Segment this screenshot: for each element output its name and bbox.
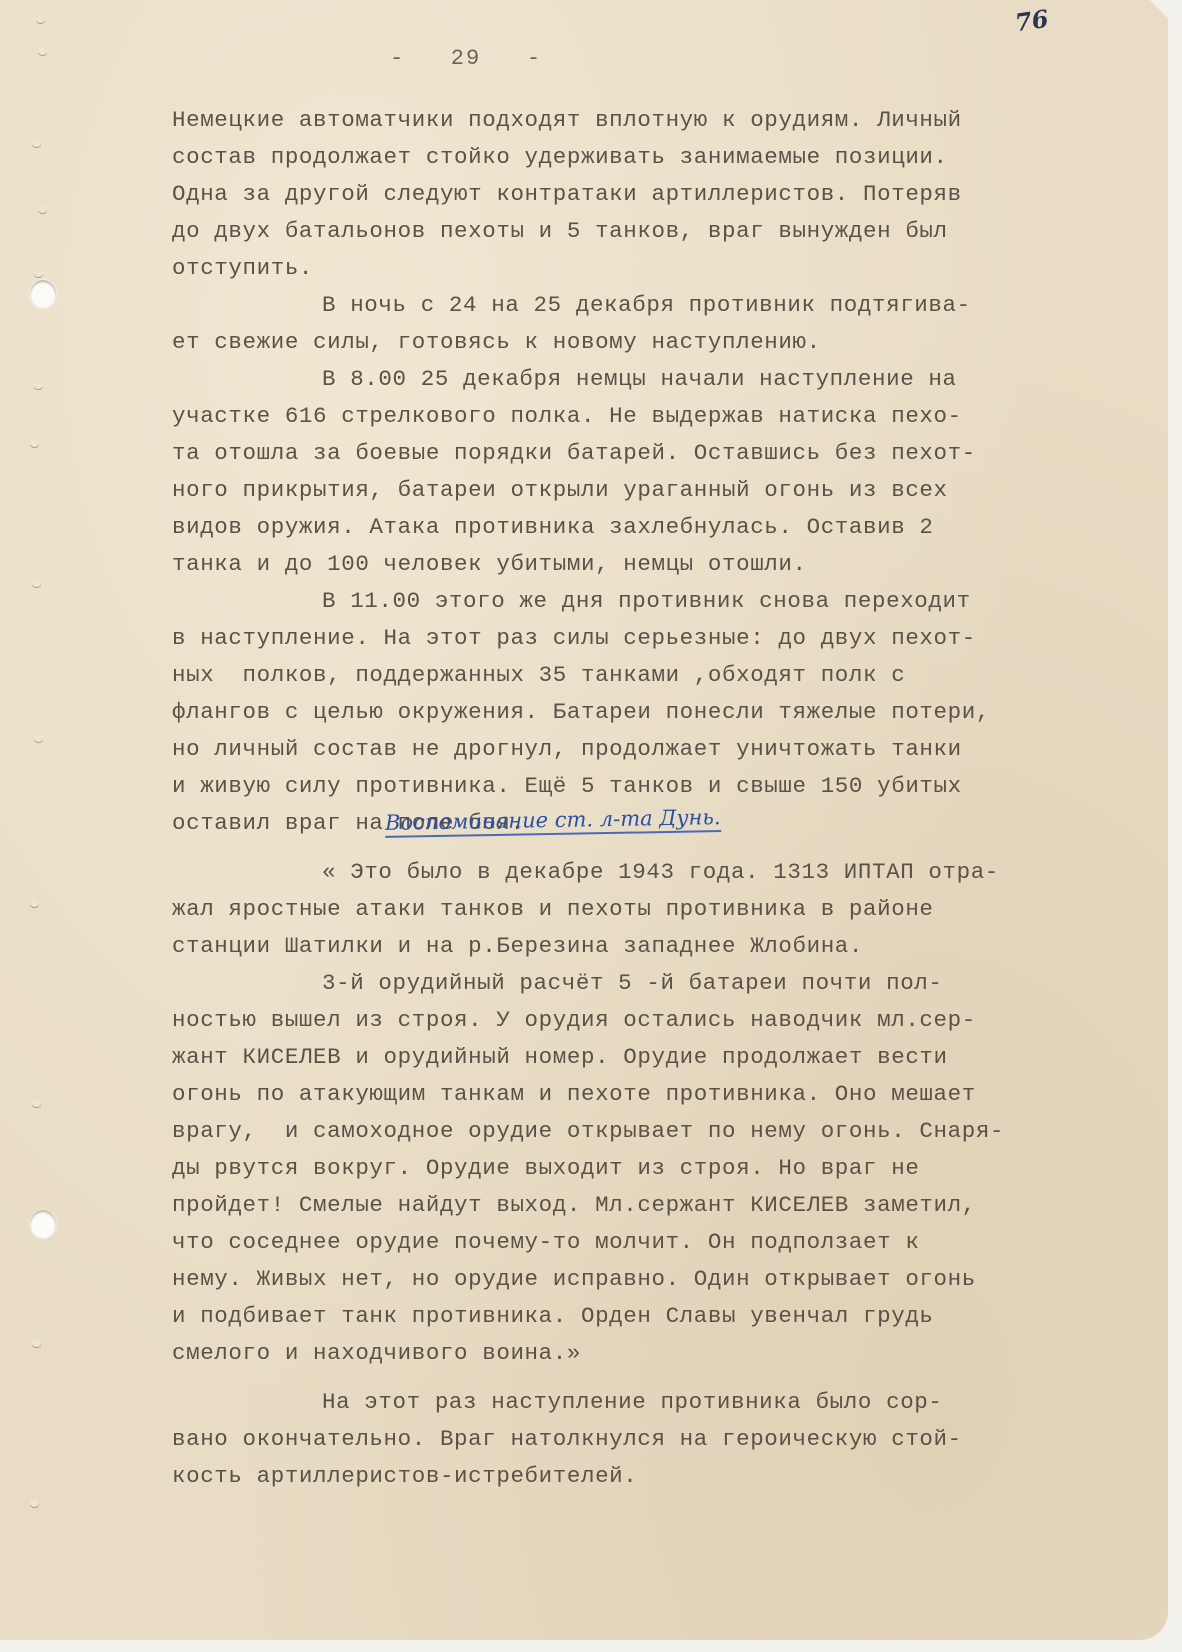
text-line: жант КИСЕЛЕВ и орудийный номер. Орудие п… (172, 1039, 1102, 1076)
punch-mark (38, 48, 47, 55)
text-line: В ночь с 24 на 25 декабря противник подт… (172, 287, 1102, 324)
text-line: ды рвутся вокруг. Орудие выходит из стро… (172, 1150, 1102, 1187)
text-line: пройдет! Смелые найдут выход. Мл.сержант… (172, 1187, 1102, 1224)
punch-mark (38, 206, 47, 213)
text-line: На этот раз наступление противника было … (172, 1384, 1102, 1421)
text-line: кость артиллеристов-истребителей. (172, 1458, 1102, 1495)
text-line: танка и до 100 человек убитыми, немцы от… (172, 546, 1102, 583)
text-line: нему. Живых нет, но орудие исправно. Оди… (172, 1261, 1102, 1298)
text-line: и подбивает танк противника. Орден Славы… (172, 1298, 1102, 1335)
punch-mark (32, 140, 41, 147)
punch-mark (34, 270, 43, 277)
text-line: и живую силу противника. Ещё 5 танков и … (172, 768, 1102, 805)
text-line: вано окончательно. Враг натолкнулся на г… (172, 1421, 1102, 1458)
text-line: 3-й орудийный расчёт 5 -й батареи почти … (172, 965, 1102, 1002)
text-line: ностью вышел из строя. У орудия остались… (172, 1002, 1102, 1039)
text-line: ного прикрытия, батареи открыли ураганны… (172, 472, 1102, 509)
text-line: отступить. (172, 250, 1102, 287)
punch-mark (30, 1500, 39, 1507)
text-line: в наступление. На этот раз силы серьезны… (172, 620, 1102, 657)
archive-page-number: 76 (1013, 4, 1050, 37)
text-line: участке 616 стрелкового полка. Не выдерж… (172, 398, 1102, 435)
text-line: огонь по атакующим танкам и пехоте проти… (172, 1076, 1102, 1113)
binder-hole (30, 280, 56, 308)
text-line: жал яростные атаки танков и пехоты проти… (172, 891, 1102, 928)
text-line: ных полков, поддержанных 35 танками ,обх… (172, 657, 1102, 694)
text-line: ет свежие силы, готовясь к новому наступ… (172, 324, 1102, 361)
binder-hole (30, 1210, 56, 1238)
text-line: состав продолжает стойко удерживать зани… (172, 139, 1102, 176)
text-line: В 11.00 этого же дня противник снова пер… (172, 583, 1102, 620)
punch-mark (32, 1340, 41, 1347)
text-line: что соседнее орудие почему-то молчит. Он… (172, 1224, 1102, 1261)
page-number: - 29 - (390, 46, 542, 71)
punch-mark (30, 440, 39, 447)
text-line: но личный состав не дрогнул, продолжает … (172, 731, 1102, 768)
document-body: Немецкие автоматчики подходят вплотную к… (172, 102, 1102, 1495)
punch-mark (34, 735, 43, 742)
text-line: флангов с целью окружения. Батареи понес… (172, 694, 1102, 731)
punch-mark (30, 900, 39, 907)
text-line: видов оружия. Атака противника захлебнул… (172, 509, 1102, 546)
text-line: Немецкие автоматчики подходят вплотную к… (172, 102, 1102, 139)
punch-mark (32, 580, 41, 587)
text-line: « Это было в декабре 1943 года. 1313 ИПТ… (172, 854, 1102, 891)
text-line: В 8.00 25 декабря немцы начали наступлен… (172, 361, 1102, 398)
punch-mark (32, 1100, 41, 1107)
punch-mark (34, 382, 43, 389)
text-line: станции Шатилки и на р.Березина западнее… (172, 928, 1102, 965)
text-line: врагу, и самоходное орудие открывает по … (172, 1113, 1102, 1150)
text-line: смелого и находчивого воина.» (172, 1335, 1102, 1372)
document-page: 76 - 29 - Немецкие автоматчики подходят … (0, 0, 1168, 1640)
punch-mark (36, 16, 45, 23)
text-line: та отошла за боевые порядки батарей. Ост… (172, 435, 1102, 472)
text-line: Одна за другой следуют контратаки артилл… (172, 176, 1102, 213)
text-line: до двух батальонов пехоты и 5 танков, вр… (172, 213, 1102, 250)
